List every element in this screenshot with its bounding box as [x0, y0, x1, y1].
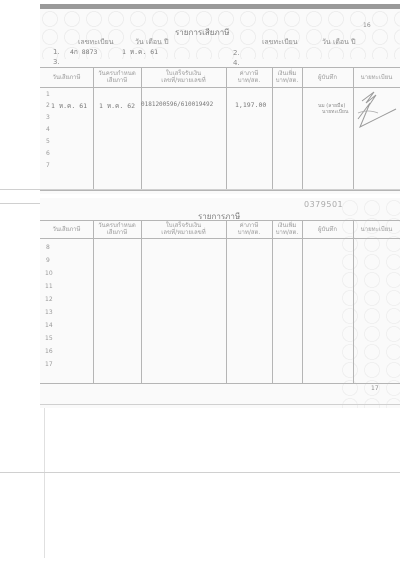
col-header-surcharge: เงินเพิ่ม บาท/สต. — [272, 70, 302, 84]
header-bottom-border — [40, 87, 400, 88]
col-header-due-date: วันครบกำหนด เสียภาษี — [93, 222, 141, 236]
col-header-recorder: ผู้บันทึก — [302, 74, 353, 81]
row-number: 1 — [46, 91, 50, 98]
row-number: 7 — [46, 162, 50, 169]
reg-index-3: 3. — [53, 58, 60, 66]
table-bottom-border — [40, 383, 400, 384]
col-header-paid-date: วันเสียภาษี — [40, 74, 93, 81]
col-header-recorder: ผู้บันทึก — [302, 226, 353, 233]
row-number: 15 — [45, 335, 53, 342]
row-number: 16 — [45, 348, 53, 355]
row-number: 12 — [45, 296, 53, 303]
reg-index-1: 1. — [53, 48, 60, 56]
tax-record-page-2: 0379501 รายการภาษี วันเสียภาษี วันครบกำห… — [40, 198, 400, 408]
col-header-receipt: ใบเสร็จรับเงิน เลขที่/หมายเลขที่ — [141, 70, 226, 84]
col-divider — [302, 67, 303, 190]
col-divider — [353, 220, 354, 383]
paid-date-cell: 1 ห.ค. 61 — [51, 101, 87, 111]
row-number: 8 — [46, 244, 50, 251]
col-divider — [93, 220, 94, 383]
scanned-document-page: รายการเสียภาษี 16 เลขทะเบียน วัน เดือน ป… — [0, 0, 400, 566]
col-header-receipt: ใบเสร็จรับเงิน เลขที่/หมายเลขที่ — [141, 222, 226, 236]
registrar-signature-icon — [340, 89, 400, 131]
row-number: 3 — [46, 114, 50, 121]
reg-date-1: 1 ห.ค. 61 — [122, 47, 158, 57]
col-header-surcharge: เงินเพิ่ม บาท/สต. — [272, 222, 302, 236]
due-date-cell: 1 ห.ค. 62 — [99, 101, 135, 111]
scan-fold-line — [0, 189, 400, 190]
header-bottom-border — [40, 238, 400, 239]
receipt-number-cell: 0181200596/610019492 — [141, 101, 213, 108]
col-divider — [93, 67, 94, 190]
col-header-registrar: นายทะเบียน — [353, 226, 400, 233]
table-top-border — [40, 67, 400, 68]
reg-plate-1: 4ก 8873 — [70, 47, 97, 57]
col-divider — [226, 67, 227, 190]
row-number: 9 — [46, 257, 50, 264]
col-divider — [141, 220, 142, 383]
row-number: 6 — [46, 150, 50, 157]
page-number: 16 — [363, 22, 371, 29]
col-divider — [226, 220, 227, 383]
col-divider — [272, 220, 273, 383]
col-header-tax: ค่าภาษี บาท/สต. — [226, 222, 272, 236]
reg-index-2: 2. — [233, 49, 240, 57]
row-number: 10 — [45, 270, 53, 277]
col-header-registrar: นายทะเบียน — [353, 74, 400, 81]
row-number: 13 — [45, 309, 53, 316]
page-1-title: รายการเสียภาษี — [175, 26, 229, 39]
col-divider — [302, 220, 303, 383]
col-header-paid-date: วันเสียภาษี — [40, 226, 93, 233]
page-number: 17 — [371, 385, 379, 392]
col-header-tax: ค่าภาษี บาท/สต. — [226, 70, 272, 84]
row-number: 17 — [45, 361, 53, 368]
tax-record-page-1: รายการเสียภาษี 16 เลขทะเบียน วัน เดือน ป… — [40, 9, 400, 194]
table-bottom-border — [40, 190, 400, 191]
page-bottom-border — [40, 404, 400, 405]
scan-fold-line — [0, 472, 400, 473]
row-number: 11 — [45, 283, 53, 290]
col-header-due-date: วันครบกำหนด เสียภาษี — [93, 70, 141, 84]
reg-header-plate-2: เลขทะเบียน — [262, 37, 298, 48]
table-top-border — [40, 220, 400, 221]
reg-index-4: 4. — [233, 59, 240, 67]
row-number: 2 — [46, 102, 50, 109]
row-number: 5 — [46, 138, 50, 145]
col-divider — [272, 67, 273, 190]
scan-edge — [44, 408, 45, 558]
row-number: 14 — [45, 322, 53, 329]
reg-header-date-2: วัน เดือน ปี — [322, 37, 356, 48]
serial-number: 0379501 — [304, 200, 343, 209]
tax-amount-cell: 1,197.00 — [235, 101, 266, 109]
row-number: 4 — [46, 126, 50, 133]
col-divider — [141, 67, 142, 190]
